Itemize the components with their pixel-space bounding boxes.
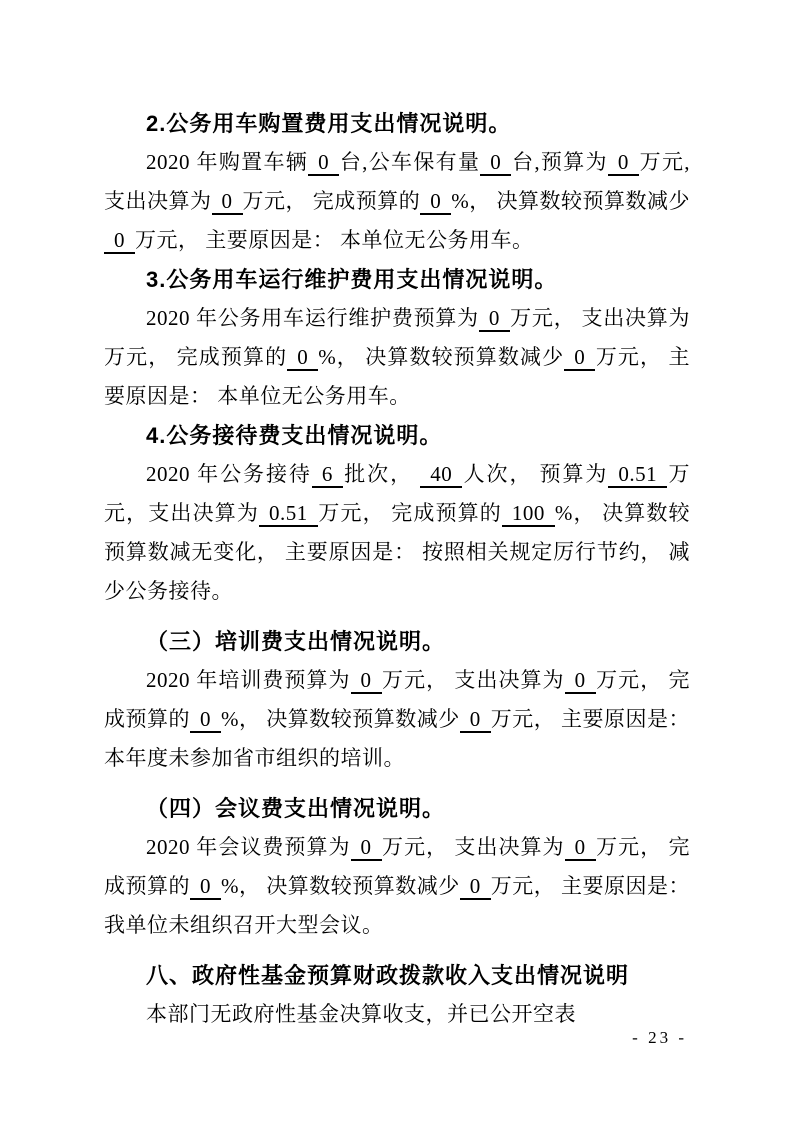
text-run: 4.公务接待费支出情况说明。: [146, 423, 442, 448]
text-run: 台,公车保有量: [339, 150, 480, 174]
text-run: 万元， 完成预算的: [243, 189, 421, 213]
text-run: 八、政府性基金预算财政拨款收入支出情况说明: [146, 963, 629, 988]
text-run: 万元， 主要原因是： 本单位无公务用车。: [135, 228, 534, 252]
underlined-value: 0: [564, 345, 595, 371]
underlined-value: 0: [212, 189, 243, 215]
section-heading: （四）会议费支出情况说明。: [104, 789, 690, 828]
text-run: 2020 年培训费预算为: [146, 668, 351, 692]
text-run: 人次， 预算为: [462, 462, 608, 486]
text-run: 2020 年会议费预算为: [146, 835, 351, 859]
body-paragraph: 2020 年会议费预算为0万元， 支出决算为0万元， 完成预算的0%， 决算数较…: [104, 828, 690, 945]
text-run: %， 决算数较预算数减少: [221, 707, 460, 731]
underlined-value: 0: [308, 150, 339, 176]
body-paragraph: 2020 年培训费预算为0万元， 支出决算为0万元， 完成预算的0%， 决算数较…: [104, 661, 690, 778]
text-run: 批次，: [343, 462, 420, 486]
body-paragraph: 2020 年购置车辆0台,公车保有量0台,预算为0万元,支出决算为0万元， 完成…: [104, 143, 690, 260]
body-paragraph: 2020 年公务接待6批次， 40人次， 预算为0.51万元，支出决算为0.51…: [104, 455, 690, 611]
section-heading: 2.公务用车购置费用支出情况说明。: [104, 104, 690, 143]
underlined-value: 0: [608, 150, 639, 176]
underlined-value: 0: [460, 874, 491, 900]
text-run: 万元， 完成预算的: [318, 501, 502, 525]
underlined-value: 0: [190, 707, 221, 733]
underlined-value: 0: [351, 668, 382, 694]
text-run: 2020 年购置车辆: [146, 150, 308, 174]
underlined-value: 0: [460, 707, 491, 733]
underlined-value: 0: [480, 150, 511, 176]
underlined-value: 0: [104, 228, 135, 254]
text-run: （三）培训费支出情况说明。: [146, 629, 445, 654]
text-run: 本部门无政府性基金决算收支，并已公开空表: [146, 1002, 576, 1026]
underlined-value: 0: [479, 306, 510, 332]
section-heading: 4.公务接待费支出情况说明。: [104, 416, 690, 455]
document-body: 2.公务用车购置费用支出情况说明。2020 年购置车辆0台,公车保有量0台,预算…: [104, 104, 690, 1034]
page-number: - 23 -: [632, 1028, 687, 1047]
page-footer: - 23 -: [632, 1028, 687, 1048]
underlined-value: 0: [287, 345, 318, 371]
text-run: 3.公务用车运行维护费用支出情况说明。: [146, 267, 557, 292]
document-page: 2.公务用车购置费用支出情况说明。2020 年购置车辆0台,公车保有量0台,预算…: [0, 0, 793, 1122]
text-run: 台,预算为: [511, 150, 608, 174]
underlined-value: 0: [190, 874, 221, 900]
section-heading: 八、政府性基金预算财政拨款收入支出情况说明: [104, 956, 690, 995]
underlined-value: 100: [502, 501, 555, 527]
underlined-value: 0: [351, 835, 382, 861]
text-run: %， 决算数较预算数减少: [318, 345, 564, 369]
text-run: 2020 年公务用车运行维护费预算为: [146, 306, 479, 330]
underlined-value: 0.51: [608, 462, 667, 488]
underlined-value: 0: [420, 189, 451, 215]
body-paragraph: 2020 年公务用车运行维护费预算为0万元， 支出决算为万元， 完成预算的0%，…: [104, 299, 690, 416]
underlined-value: 0.51: [259, 501, 318, 527]
section-heading: （三）培训费支出情况说明。: [104, 622, 690, 661]
text-run: 2020 年公务接待: [146, 462, 312, 486]
text-run: %， 决算数较预算数减少: [451, 189, 690, 213]
underlined-value: 0: [565, 668, 596, 694]
text-run: %， 决算数较预算数减少: [221, 874, 460, 898]
body-paragraph: 本部门无政府性基金决算收支，并已公开空表: [104, 995, 690, 1034]
underlined-value: 40: [420, 462, 462, 488]
text-run: （四）会议费支出情况说明。: [146, 796, 445, 821]
underlined-value: 6: [312, 462, 343, 488]
text-run: 2.公务用车购置费用支出情况说明。: [146, 111, 511, 136]
section-heading: 3.公务用车运行维护费用支出情况说明。: [104, 260, 690, 299]
text-run: 万元， 支出决算为: [382, 668, 565, 692]
text-run: 万元， 支出决算为: [382, 835, 565, 859]
underlined-value: 0: [565, 835, 596, 861]
